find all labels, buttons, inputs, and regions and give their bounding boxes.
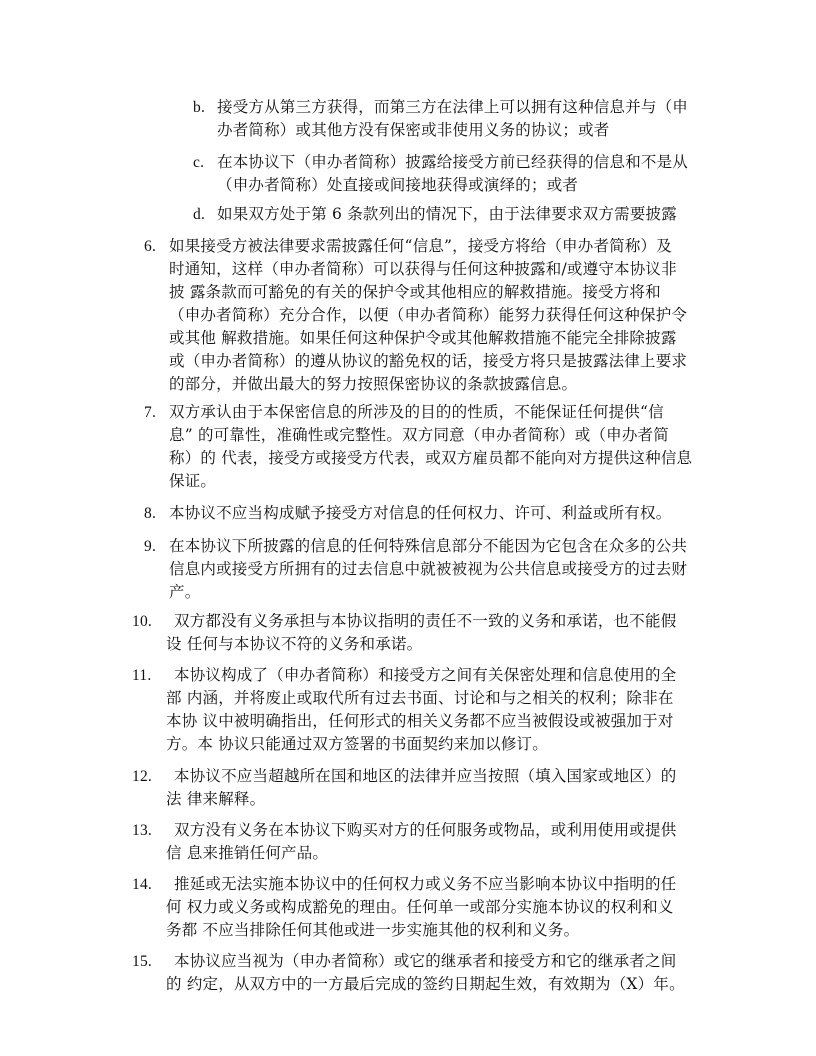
text-line: 方。本 协议只能通过双方签署的书面契约来加以修订。 xyxy=(166,733,676,756)
text-line: 设 任何与本协议不符的义务和承诺。 xyxy=(166,633,676,656)
text-line: 务都 不应当排除任何其他或进一步实施其他的权利和义务。 xyxy=(166,919,676,942)
text-line: 双方承认由于本保密信息的所涉及的目的的性质，不能保证任何提供“信 xyxy=(169,401,692,424)
list-marker: b. xyxy=(193,96,205,119)
text-line: 本协议应当视为（申办者简称）或它的继承者和接受方和它的继承者之间 xyxy=(166,950,685,973)
list-marker: 6. xyxy=(144,235,156,258)
text-line: 双方都没有义务承担与本协议指明的责任不一致的义务和承诺，也不能假 xyxy=(166,610,676,633)
text-line: 本协 议中被明确指出，任何形式的相关义务都不应当被假设或被强加于对 xyxy=(166,710,676,733)
list-marker: 8. xyxy=(144,502,156,525)
text-line: 推延或无法实施本协议中的任何权力或义务不应当影响本协议中指明的任 xyxy=(166,873,676,896)
list-marker: 15. xyxy=(132,950,152,973)
list-marker: 12. xyxy=(132,765,152,788)
text-line: 本协议构成了（申办者简称）和接受方之间有关保密处理和信息使用的全 xyxy=(166,664,676,687)
text-line: 的部分，并做出最大的努力按照保密协议的条款披露信息。 xyxy=(169,373,687,396)
document-page: b. 接受方从第三方获得，而第三方在法律上可以拥有这种信息并与（申 办者简称）或… xyxy=(0,0,816,1056)
list-marker: c. xyxy=(193,151,204,174)
list-marker: 13. xyxy=(132,819,152,842)
text-line: 本协议不应当构成赋予接受方对信息的任何权力、许可、利益或所有权。 xyxy=(169,502,671,525)
list-marker: 7. xyxy=(144,401,156,424)
text-line: 时通知，这样（申办者简称）可以获得与任何这种披露和/或遵守本协议非 xyxy=(169,258,687,281)
text-line: 办者简称）或其他方没有保密或非使用义务的协议；或者 xyxy=(217,119,688,142)
text-line: 或其他 解救措施。如果任何这种保护令或其他解救措施不能完全排除披露 xyxy=(169,327,687,350)
text-line: 双方没有义务在本协议下购买对方的任何服务或物品，或利用使用或提供 xyxy=(166,819,676,842)
list-marker: 14. xyxy=(132,873,152,896)
text-line: 或（申办者简称）的遵从协议的豁免权的话，接受方将只是披露法律上要求 xyxy=(169,350,687,373)
text-line: 保证。 xyxy=(169,470,692,493)
text-line: （申办者简称）处直接或间接地获得或演绎的；或者 xyxy=(217,174,688,197)
list-marker: 9. xyxy=(144,535,156,558)
text-line: 接受方从第三方获得，而第三方在法律上可以拥有这种信息并与（申 xyxy=(217,96,688,119)
text-line: （申办者简称）充分合作，以便（申办者简称）能努力获得任何这种保护令 xyxy=(169,304,687,327)
text-line: 信息内或接受方所拥有的过去信息中就被被视为公共信息或接受方的过去财 xyxy=(169,558,687,581)
list-marker: 10. xyxy=(132,610,152,633)
text-line: 称）的 代表，接受方或接受方代表，或双方雇员都不能向对方提供这种信息 xyxy=(169,447,692,470)
text-line: 信 息来推销任何产品。 xyxy=(166,842,676,865)
text-line: 如果接受方被法律要求需披露任何“信息”，接受方将给（申办者简称）及 xyxy=(169,235,687,258)
text-line: 何 权力或义务或构成豁免的理由。任何单一或部分实施本协议的权利和义 xyxy=(166,896,676,919)
text-line: 法 律来解释。 xyxy=(166,788,676,811)
text-line: 本协议不应当超越所在国和地区的法律并应当按照（填入国家或地区）的 xyxy=(166,765,676,788)
text-line: 在本协议下（申办者简称）披露给接受方前已经获得的信息和不是从 xyxy=(217,151,688,174)
list-marker: d. xyxy=(193,203,205,226)
text-line: 的 约定，从双方中的一方最后完成的签约日期起生效，有效期为（X）年。 xyxy=(166,973,685,996)
text-line: 披 露条款而可豁免的有关的保护令或其他相应的解救措施。接受方将和 xyxy=(169,281,687,304)
text-line: 部 内涵，并将废止或取代所有过去书面、讨论和与之相关的权利；除非在 xyxy=(166,687,676,710)
text-line: 息” 的可靠性，准确性或完整性。双方同意（申办者简称）或（申办者简 xyxy=(169,424,692,447)
text-line: 如果双方处于第 6 条款列出的情况下，由于法律要求双方需要披露 xyxy=(217,203,677,226)
list-marker: 11. xyxy=(132,664,151,687)
text-line: 在本协议下所披露的信息的任何特殊信息部分不能因为它包含在众多的公共 xyxy=(169,535,687,558)
text-line: 产。 xyxy=(169,581,687,604)
